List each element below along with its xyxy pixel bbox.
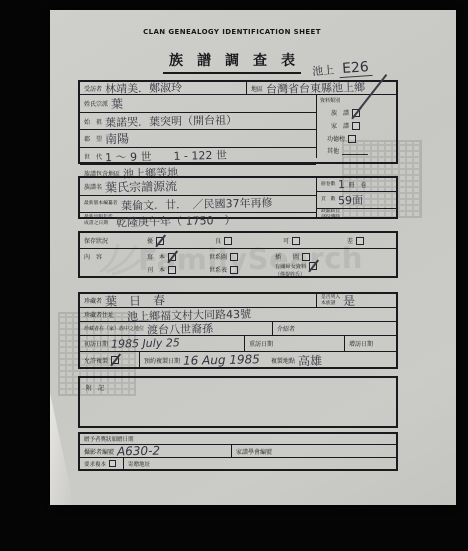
manuscript-item: 寫 本 (147, 252, 176, 261)
publication-label: 最新出版年代成書之日期 (84, 215, 113, 226)
content-label: 內 容 (84, 252, 130, 261)
pages-cell: 頁 數 59面 (317, 192, 367, 208)
junwang-cell: 郡 望 南陽 (80, 130, 133, 147)
listed-label: 是否列入本族譜 (321, 295, 340, 306)
listed-cell: 是否列入本族譜 是 (317, 294, 396, 307)
ancestor-cell: 始 祖 葉諾哭．葉突明（開台祖） (80, 113, 241, 129)
section-notes: 附 記 (78, 376, 398, 428)
category-other-label: 其他 (327, 146, 339, 155)
ref-place: 池上 (312, 64, 335, 79)
junwang-label: 郡 望 (84, 134, 102, 143)
request-copy-label: 要求複本 (84, 460, 106, 468)
lineage-table-checkbox (230, 266, 238, 274)
option-fair: 可 (283, 236, 300, 245)
publication-cell: 最新出版年代成書之日期 乾隆庚午年（ 1750 ） (80, 213, 239, 229)
copy-permission-cell: 允許複製 (80, 352, 140, 368)
lineage-chart-item: 世系圖 (209, 252, 238, 261)
section-admin: 贈予者獎狀頒贈日期 攝影者編號 A630-2 家譜學會編號 要求複本 寄贈地址 (78, 432, 398, 471)
lineage-chart-checkbox (230, 253, 238, 261)
ancestor-label: 始 祖 (84, 117, 102, 126)
option-excellent: 優 (147, 236, 164, 245)
additional-visit-label: 增訪日期 (349, 339, 373, 348)
revisit-cell: 重訪日期 (245, 336, 345, 351)
category-label: 資料類別 (320, 97, 340, 104)
content-col1: 寫 本 刊 本 (147, 252, 176, 274)
volumes-value: 1 (338, 178, 345, 191)
introducer-label: 介紹者 (277, 324, 295, 333)
print-checkbox (168, 266, 176, 274)
scanned-paper-sheet: CLAN GENEALOGY IDENTIFICATION SHEET 族 譜 … (50, 10, 456, 505)
category-other: 其他 (327, 146, 368, 155)
women-data-checkbox (309, 262, 317, 270)
owner-address-label: 珍藏者住址 (84, 310, 114, 319)
award-date-label: 贈予者獎狀頒贈日期 (84, 435, 134, 443)
award-date-cell: 贈予者獎狀頒贈日期 (80, 434, 396, 444)
option-good: 良 (215, 236, 232, 245)
request-copy-cell: 要求複本 (80, 458, 124, 469)
copy-date-value: 16 Aug 1985 (183, 352, 260, 368)
society-no-cell: 家譜學會編號 (232, 445, 396, 457)
owner-label: 珍藏者 (84, 296, 102, 305)
surname-cell: 姓氏宗派 葉 (80, 95, 127, 112)
content-col2: 世系圖 世系表 (209, 252, 238, 274)
generation-cell: 世 代 1 ～ 9 世 1 - 122 世 (80, 148, 231, 164)
owner-position-cell: 珍藏者在（家）族中之地位 渡台八世裔孫 (80, 322, 273, 335)
mailing-address-cell: 寄贈地址 (124, 458, 396, 469)
pages-label: 頁 數 (321, 197, 335, 203)
interviewee-cell: 受訪者 林靖美．鄭淑玲 (80, 82, 247, 94)
defects-cell: 缺漏缺頁部份殘缺 (317, 209, 344, 220)
gongde-checkbox (348, 135, 356, 143)
owner-address-cell: 珍藏者住址 池上鄉福文村大同路43號 (80, 308, 396, 321)
section-condition-content: 保存狀況 優 良 可 差 (78, 231, 398, 278)
excellent-checkbox (156, 237, 164, 245)
publication-value: 乾隆庚午年（ 1750 ） (116, 212, 236, 230)
copy-permission-label: 允許複製 (84, 356, 108, 365)
english-sheet-title: CLAN GENEALOGY IDENTIFICATION SHEET (82, 28, 382, 36)
option-poor: 差 (347, 236, 364, 245)
owner-position-label: 珍藏者在（家）族中之地位 (84, 325, 144, 332)
surname-label: 姓氏宗派 (84, 99, 108, 108)
category-jiapu: 家 譜 (331, 121, 360, 130)
copy-place-label: 複製地點 (271, 356, 295, 365)
book-name-value: 葉氏宗譜源流 (105, 177, 177, 196)
owner-cell: 珍藏者 葉 日 春 (80, 294, 317, 307)
book-name-cell: 族譜名 葉氏宗譜源流 (80, 178, 181, 195)
compiler-label: 最新版本編纂者 (84, 201, 118, 207)
data-category-panel: 資料類別 族 譜 家 譜 功德榜 其他 (317, 95, 396, 158)
scanned-document-page: { "page": { "en_title": "CLAN GENEALOGY … (0, 0, 468, 551)
poor-checkbox (356, 237, 364, 245)
volumes-label: 冊卷數 (321, 182, 335, 188)
content-col3: 插 圖 有關婦女資料 （僅提姓氏） (275, 252, 317, 278)
section-genealogy-book: 族譜名 葉氏宗譜源流 最新版本編纂者 葉倫文．廿． ／民國37年再修 最新出版年… (78, 176, 398, 219)
compiler-cell: 最新版本編纂者 葉倫文．廿． ／民國37年再修 (80, 196, 276, 212)
junwang-value: 南陽 (105, 130, 129, 147)
form-title: 族 譜 調 查 表 (163, 50, 301, 74)
request-copy-checkbox (109, 460, 116, 467)
lineage-table-item: 世系表 (209, 265, 238, 274)
other-blank-line (342, 147, 368, 155)
section-owner-visits: 珍藏者 葉 日 春 是否列入本族譜 是 珍藏者住址 池上鄉福文村大同路43號 珍… (78, 292, 398, 369)
category-zupu: 族 譜 (331, 108, 360, 117)
illustration-checkbox (302, 253, 310, 261)
first-visit-value: 1985 July 25 (111, 336, 180, 350)
region-label: 地區 (251, 84, 263, 93)
volumes-cell: 冊卷數 1 冊 卷 (317, 178, 370, 191)
preservation-label: 保存狀況 (84, 236, 130, 245)
generation-value: 1 ～ 9 世 1 - 122 世 (105, 147, 227, 166)
category-jiapu-label: 家 譜 (331, 121, 349, 130)
category-gongde: 功德榜 (327, 134, 356, 143)
content-row: 內 容 寫 本 刊 本 世系圖 (80, 249, 396, 276)
first-visit-cell: 初訪日期 1985 July 25 (80, 336, 245, 351)
category-zupu-label: 族 譜 (331, 108, 349, 117)
surname-value: 葉 (111, 95, 123, 112)
notes-label: 附 記 (86, 383, 104, 392)
volumes-units: 冊 卷 (348, 180, 366, 189)
revisit-label: 重訪日期 (249, 339, 273, 348)
pages-value: 59面 (338, 192, 363, 209)
society-no-label: 家譜學會編號 (236, 447, 272, 456)
photographer-no-label: 攝影者編號 (84, 447, 114, 456)
photographer-no-cell: 攝影者編號 A630-2 (80, 445, 232, 457)
good-checkbox (224, 237, 232, 245)
page-curl (50, 393, 74, 505)
category-gongde-label: 功德榜 (327, 134, 345, 143)
defects-label: 缺漏缺頁部份殘缺 (321, 209, 340, 220)
generation-label: 世 代 (84, 152, 102, 161)
ancestor-value: 葉諾哭．葉突明（開台祖） (105, 112, 237, 131)
print-item: 刊 本 (147, 265, 176, 274)
women-data-item: 有關婦女資料 (275, 262, 317, 270)
copy-schedule-cell: 預約複製日期 16 Aug 1985 複製地點 高雄 (140, 352, 396, 368)
illustration-item: 插 圖 (275, 252, 317, 261)
photographer-no-value: A630-2 (117, 444, 160, 459)
listed-value: 是 (343, 292, 355, 309)
manuscript-checkbox (168, 253, 176, 261)
ref-number: E26 (339, 59, 373, 78)
book-name-label: 族譜名 (84, 182, 102, 191)
introducer-cell: 介紹者 (273, 322, 396, 335)
mailing-address-label: 寄贈地址 (128, 460, 150, 468)
preservation-row: 保存狀況 優 良 可 差 (80, 233, 396, 248)
copy-permission-checkbox (111, 356, 119, 364)
women-data-note: （僅提姓氏） (275, 271, 317, 278)
first-visit-label: 初訪日期 (84, 339, 108, 348)
compiler-value: 葉倫文．廿． ／民國37年再修 (120, 194, 272, 213)
fair-checkbox (292, 237, 300, 245)
jiapu-checkbox (352, 122, 360, 130)
section-identification: 受訪者 林靖美．鄭淑玲 地區 台灣省台東縣池上鄉 姓氏宗派 葉 始 祖 (78, 80, 398, 164)
owner-position-value: 渡台八世裔孫 (147, 320, 213, 337)
interviewee-label: 受訪者 (84, 84, 102, 93)
copy-place-value: 高雄 (298, 351, 322, 368)
handwritten-page-reference: 池上 E26 (311, 56, 372, 79)
copy-date-label: 預約複製日期 (144, 356, 180, 365)
additional-visit-cell: 增訪日期 (345, 336, 396, 351)
